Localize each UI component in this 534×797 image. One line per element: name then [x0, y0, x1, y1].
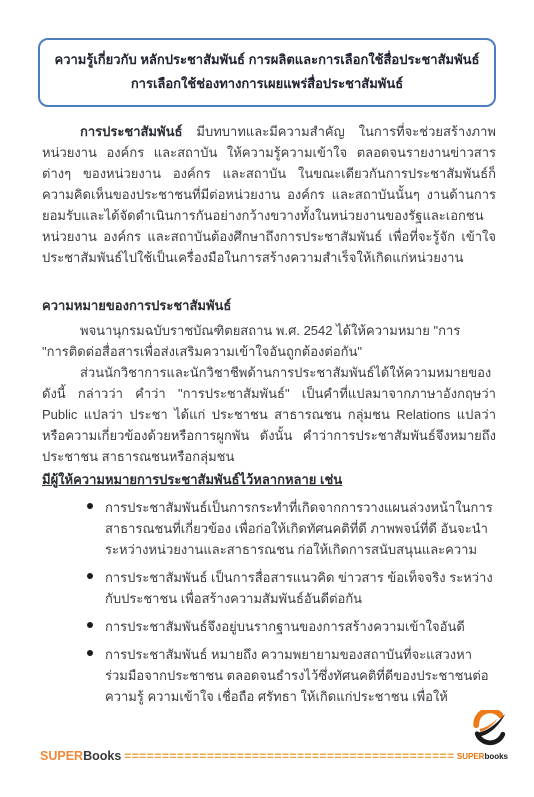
list-item: การประชาสัมพันธ์ หมายถึง ความพยายามของสถ…	[86, 644, 496, 707]
list-item-line: การประชาสัมพันธ์ หมายถึง ความพยายามของสถ…	[105, 644, 496, 665]
list-item-line: ความรู้ ความเข้าใจ เชื่อถือ ศรัทธา ให้เก…	[105, 686, 496, 707]
bullet-icon	[87, 622, 93, 628]
list-item-line: ระหว่างหน่วยงานและสาธารณชน ก่อให้เกิดการ…	[105, 539, 496, 560]
list-item-line: สาธารณชนที่เกี่ยวข้อง เพื่อก่อให้เกิดทัศ…	[105, 518, 496, 539]
list-intro: มีผู้ให้ความหมายการประชาสัมพันธ์ไว้หลากห…	[42, 469, 496, 490]
footer-separator: ========================================…	[124, 749, 454, 763]
list-item-line: ร่วมมือจากประชาชน ตลอดจนธำรงไว้ซึ่งทัศนค…	[105, 665, 496, 686]
list-item-line: การประชาสัมพันธ์จึงอยู่บนรากฐานของการสร้…	[105, 616, 496, 637]
footer-logo-text: SUPERbooks	[457, 752, 508, 761]
document-body: การประชาสัมพันธ์ มีบทบาทและมีความสำคัญ ใ…	[42, 121, 496, 707]
list-item: การประชาสัมพันธ์เป็นการกระทำที่เกิดจากกา…	[86, 497, 496, 560]
definition-line: ประชาชน สาธารณชนหรือกลุ่มชน	[42, 446, 496, 467]
footer-brand-super: SUPER	[40, 749, 83, 763]
bullet-icon	[87, 650, 93, 656]
title-line-2: การเลือกใช้ช่องทางการเผยแพร่สื่อประชาสัม…	[48, 72, 486, 96]
definition-line: Public แปลว่า ประชา ได้แก่ ประชาชน สาธาร…	[42, 404, 496, 425]
superbooks-logo-icon	[471, 710, 509, 748]
definition-line: หรือความเกี่ยวข้องด้วยหรือการผูกพัน ดังน…	[42, 425, 496, 446]
document-page: ความรู้เกี่ยวกับ หลักประชาสัมพันธ์ การผล…	[0, 0, 534, 797]
intro-line: ความคิดเห็นของประชาชนที่มีต่อหน่วยงาน อง…	[42, 184, 496, 205]
list-item-line: การประชาสัมพันธ์ เป็นการสื่อสารแนวคิด ข่…	[105, 567, 496, 588]
intro-line: ประชาสัมพันธ์ไปใช้เป็นเครื่องมือในการสร้…	[42, 247, 496, 268]
list-item: การประชาสัมพันธ์ เป็นการสื่อสารแนวคิด ข่…	[86, 567, 496, 609]
footer-brand-books: Books	[83, 749, 121, 763]
list-item-line: การประชาสัมพันธ์เป็นการกระทำที่เกิดจากกา…	[105, 497, 496, 518]
intro-line: หน่วยงาน องค์กร และสถาบันต้องศึกษาถึงการ…	[42, 226, 496, 247]
list-item-line: กับประชาชน เพื่อสร้างความสัมพันธ์อันดีต่…	[105, 588, 496, 609]
definition-line: "การติดต่อสื่อสารเพื่อส่งเสริมความเข้าใจ…	[42, 341, 496, 362]
section-heading: ความหมายของการประชาสัมพันธ์	[42, 295, 496, 316]
definition-line: พจนานุกรมฉบับราชบัณฑิตยสถาน พ.ศ. 2542 ได…	[42, 320, 496, 341]
list-item: การประชาสัมพันธ์จึงอยู่บนรากฐานของการสร้…	[86, 616, 496, 637]
title-box: ความรู้เกี่ยวกับ หลักประชาสัมพันธ์ การผล…	[38, 38, 496, 107]
footer-logo-super: SUPER	[457, 752, 485, 761]
bullet-icon	[87, 573, 93, 579]
intro-line: ยอมรับและได้จัดดำเนินการกันอย่างกว้างขวา…	[42, 205, 496, 226]
definition-list: การประชาสัมพันธ์เป็นการกระทำที่เกิดจากกา…	[86, 497, 496, 707]
intro-lead: การประชาสัมพันธ์	[80, 124, 182, 139]
title-line-1: ความรู้เกี่ยวกับ หลักประชาสัมพันธ์ การผล…	[48, 48, 486, 72]
footer-logo-books: books	[484, 752, 508, 761]
definition-line: ส่วนนักวิชาการและนักวิชาชีพด้านการประชาส…	[42, 362, 496, 383]
footer-brand-left: SUPERBooks	[40, 749, 121, 763]
page-footer: SUPERBooks =============================…	[40, 749, 508, 763]
intro-line: หน่วยงาน องค์กร และสถาบัน ให้ความรู้ความ…	[42, 142, 496, 163]
intro-line: การประชาสัมพันธ์ มีบทบาทและมีความสำคัญ ใ…	[42, 121, 496, 142]
bullet-icon	[87, 503, 93, 509]
intro-line: ต่างๆ ของหน่วยงาน องค์กร และสถาบัน ในขณะ…	[42, 163, 496, 184]
definition-line: ดังนี้ กล่าวว่า คำว่า "การประชาสัมพันธ์"…	[42, 383, 496, 404]
